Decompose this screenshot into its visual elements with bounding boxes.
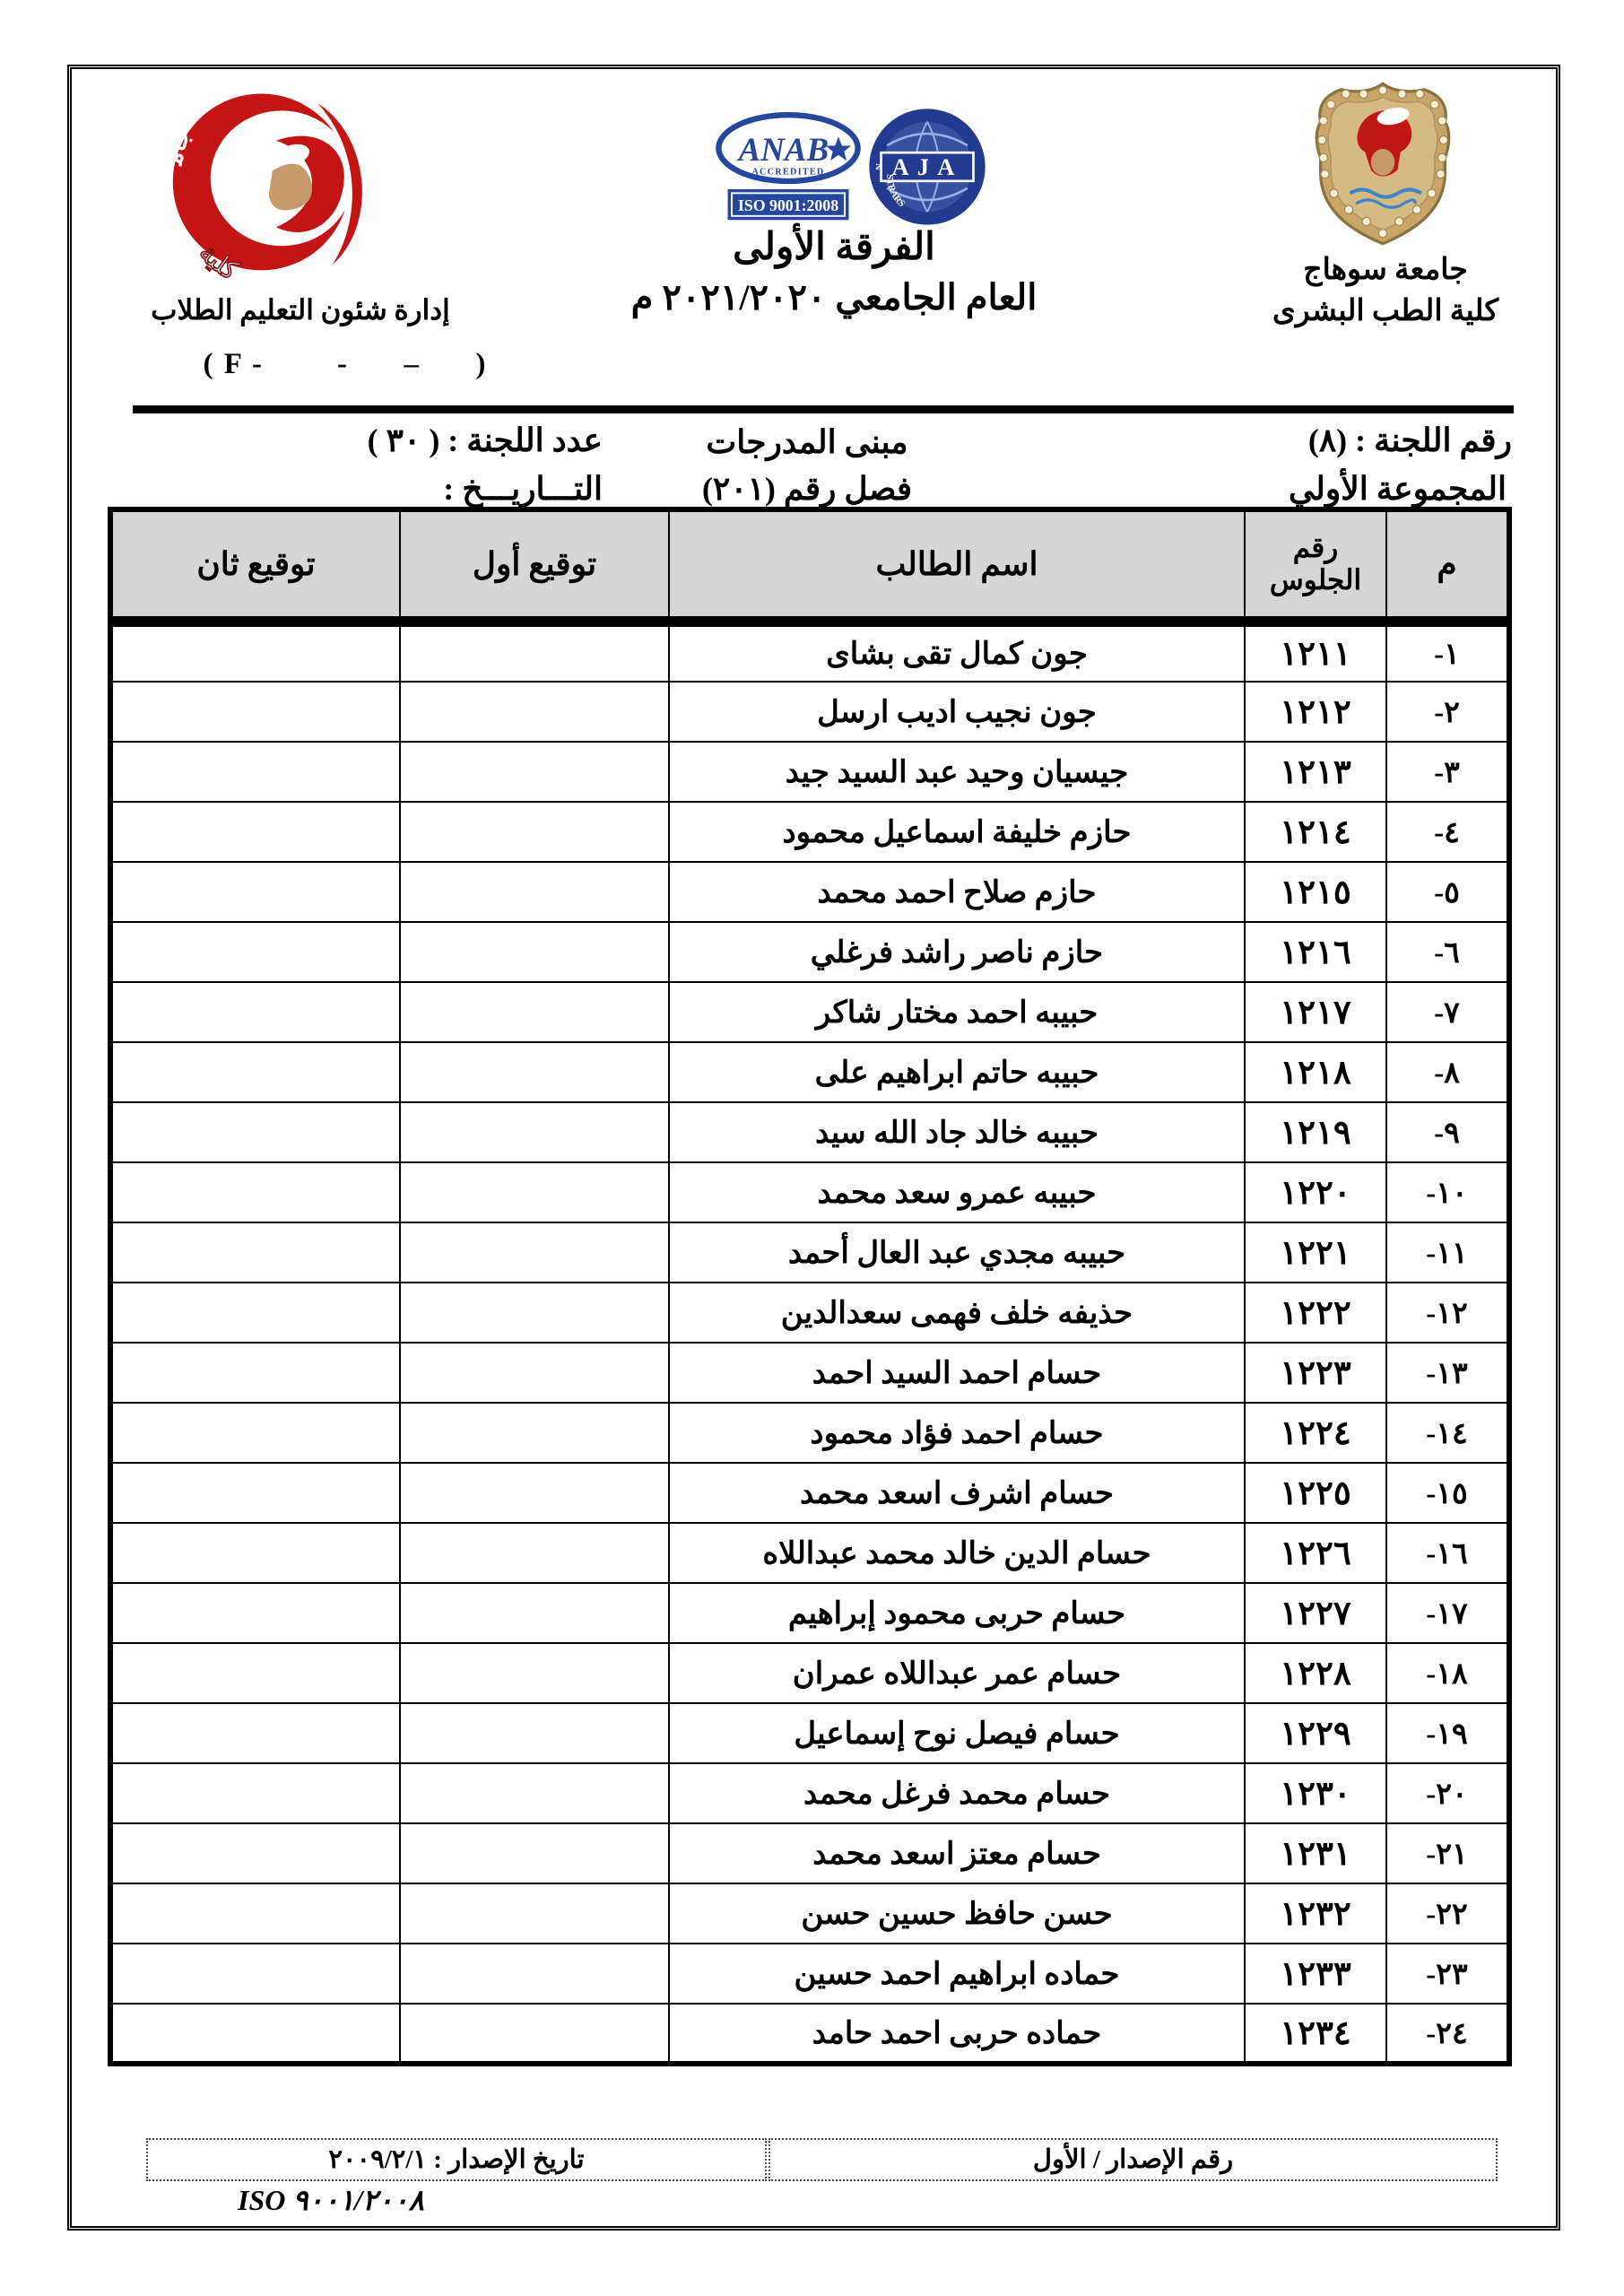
seat-number-cell: ١٢٢٣ xyxy=(1245,1343,1386,1403)
date-label: التـــاريـــخ : xyxy=(443,470,603,508)
first-signature-cell xyxy=(400,1403,669,1463)
first-signature-cell xyxy=(400,2004,669,2064)
anab-accredited-text: ACCREDITED xyxy=(751,167,824,177)
student-row: ١٩- ١٢٢٩ حسام فيصل نوح إسماعيل xyxy=(110,1703,1509,1763)
serial-cell: ١٨- xyxy=(1386,1643,1509,1703)
seat-number-cell: ١٢٢٧ xyxy=(1245,1583,1386,1643)
first-signature-cell xyxy=(400,862,669,922)
student-row: ٩- ١٢١٩ حبيبه خالد جاد الله سيد xyxy=(110,1102,1509,1162)
anab-wordmark: ANAB xyxy=(737,131,829,168)
seat-number-cell: ١٢١١ xyxy=(1245,622,1386,682)
student-name-cell: جيسيان وحيد عبد السيد جيد xyxy=(669,742,1245,802)
academic-year-title: العام الجامعي ٢٠٢١/٢٠٢٠ م xyxy=(556,276,1112,318)
student-row: ١- ١٢١١ جون كمال تقى بشاى xyxy=(110,622,1509,682)
faculty-name: كلية الطب البشرى xyxy=(1242,292,1529,328)
serial-cell: ٢٤- xyxy=(1386,2004,1509,2064)
second-signature-cell xyxy=(110,1283,400,1343)
student-row: ١٠- ١٢٢٠ حبيبه عمرو سعد محمد xyxy=(110,1162,1509,1222)
student-row: ١٢- ١٢٢٢ حذيفه خلف فهمى سعدالدين xyxy=(110,1283,1509,1343)
serial-cell: ٣- xyxy=(1386,742,1509,802)
first-signature-cell xyxy=(400,1102,669,1162)
serial-cell: ٧- xyxy=(1386,982,1509,1042)
student-name-cell: حماده حربى احمد حامد xyxy=(669,2004,1245,2064)
first-signature-cell xyxy=(400,1523,669,1583)
student-name-cell: حسام الدين خالد محمد عبداللاه xyxy=(669,1523,1245,1583)
serial-cell: ١- xyxy=(1386,622,1509,682)
seat-number-cell: ١٢١٧ xyxy=(1245,982,1386,1042)
serial-cell: ٢٣- xyxy=(1386,1944,1509,2004)
student-name-cell: حسن حافظ حسين حسن xyxy=(669,1883,1245,1944)
student-row: ١٤- ١٢٢٤ حسام احمد فؤاد محمود xyxy=(110,1403,1509,1463)
serial-cell: ١٣- xyxy=(1386,1343,1509,1403)
anab-accreditation-logo: ANAB ACCREDITED ISO 9001:2008 xyxy=(713,111,864,226)
student-row: ٢٠- ١٢٣٠ حسام محمد فرغل محمد xyxy=(110,1763,1509,1823)
form-code: ( F - - – ) xyxy=(148,348,543,381)
student-row: ٧- ١٢١٧ حبيبه احمد مختار شاكر xyxy=(110,982,1509,1042)
building-label: مبنى المدرجات xyxy=(695,423,919,461)
first-signature-cell xyxy=(400,1703,669,1763)
first-signature-cell xyxy=(400,1583,669,1643)
grade-title: الفرقة الأولى xyxy=(610,224,1058,269)
serial-cell: ٢- xyxy=(1386,682,1509,742)
seat-number-cell: ١٢١٢ xyxy=(1245,682,1386,742)
student-row: ٢٣- ١٢٣٣ حماده ابراهيم احمد حسين xyxy=(110,1944,1509,2004)
serial-cell: ١٤- xyxy=(1386,1403,1509,1463)
serial-cell: ٢١- xyxy=(1386,1823,1509,1883)
student-row: ١١- ١٢٢١ حبيبه مجدي عبد العال أحمد xyxy=(110,1222,1509,1283)
student-table-body: ١- ١٢١١ جون كمال تقى بشاى ٢- ١٢١٢ جون نج… xyxy=(110,622,1509,2064)
serial-cell: ٩- xyxy=(1386,1102,1509,1162)
student-name-cell: حسام احمد فؤاد محمود xyxy=(669,1403,1245,1463)
serial-cell: ١٠- xyxy=(1386,1162,1509,1222)
second-signature-cell xyxy=(110,802,400,862)
second-signature-cell xyxy=(110,862,400,922)
issue-date-box: تاريخ الإصدار : ٢٠٠٩/٢/١ xyxy=(146,2138,767,2181)
second-signature-cell xyxy=(110,742,400,802)
document-page: جامعة سوهاج كلية الطب إدارة شئون التعليم… xyxy=(0,0,1624,2296)
second-signature-cell xyxy=(110,1343,400,1403)
second-signature-cell xyxy=(110,922,400,982)
first-signature-cell xyxy=(400,622,669,682)
seat-header-line1: رقم xyxy=(1246,532,1385,564)
seat-number-cell: ١٢٣١ xyxy=(1245,1823,1386,1883)
second-signature-cell xyxy=(110,1463,400,1523)
serial-cell: ١٥- xyxy=(1386,1463,1509,1523)
first-signature-cell xyxy=(400,682,669,742)
second-signature-cell xyxy=(110,622,400,682)
serial-cell: ١١- xyxy=(1386,1222,1509,1283)
student-row: ١٧- ١٢٢٧ حسام حربى محمود إبراهيم xyxy=(110,1583,1509,1643)
faculty-crescent-logo: جامعة سوهاج كلية الطب xyxy=(142,84,411,282)
serial-cell: ١٦- xyxy=(1386,1523,1509,1583)
student-name-cell: حسام احمد السيد احمد xyxy=(669,1343,1245,1403)
second-signature-cell xyxy=(110,982,400,1042)
first-signature-cell xyxy=(400,1222,669,1283)
seat-number-cell: ١٢١٥ xyxy=(1245,862,1386,922)
first-signature-cell xyxy=(400,982,669,1042)
student-name-cell: حماده ابراهيم احمد حسين xyxy=(669,1944,1245,2004)
aja-wordmark: AJA xyxy=(891,153,962,180)
student-row: ١٥- ١٢٢٥ حسام اشرف اسعد محمد xyxy=(110,1463,1509,1523)
col-header-second-signature: توقيع ثان xyxy=(110,509,400,622)
seat-number-cell: ١٢١٤ xyxy=(1245,802,1386,862)
col-header-serial: م xyxy=(1386,509,1509,622)
first-signature-cell xyxy=(400,1042,669,1102)
student-name-cell: حذيفه خلف فهمى سعدالدين xyxy=(669,1283,1245,1343)
header-divider-rule xyxy=(133,405,1514,413)
second-signature-cell xyxy=(110,1102,400,1162)
second-signature-cell xyxy=(110,1523,400,1583)
student-row: ١٣- ١٢٢٣ حسام احمد السيد احمد xyxy=(110,1343,1509,1403)
seat-number-cell: ١٢٢٠ xyxy=(1245,1162,1386,1222)
student-roster-table: م رقم الجلوس اسم الطالب توقيع أول توقيع … xyxy=(108,507,1512,2066)
student-row: ٢٤- ١٢٣٤ حماده حربى احمد حامد xyxy=(110,2004,1509,2064)
first-signature-cell xyxy=(400,1944,669,2004)
serial-cell: ٦- xyxy=(1386,922,1509,982)
col-header-first-signature: توقيع أول xyxy=(400,509,669,622)
seat-number-cell: ١٢١٩ xyxy=(1245,1102,1386,1162)
student-name-cell: حازم ناصر راشد فرغلي xyxy=(669,922,1245,982)
serial-cell: ٨- xyxy=(1386,1042,1509,1102)
student-name-cell: حسام اشرف اسعد محمد xyxy=(669,1463,1245,1523)
student-row: ٣- ١٢١٣ جيسيان وحيد عبد السيد جيد xyxy=(110,742,1509,802)
first-signature-cell xyxy=(400,1823,669,1883)
second-signature-cell xyxy=(110,1042,400,1102)
student-name-cell: حسام فيصل نوح إسماعيل xyxy=(669,1703,1245,1763)
seat-number-cell: ١٢٣٣ xyxy=(1245,1944,1386,2004)
seat-number-cell: ١٢٢٦ xyxy=(1245,1523,1386,1583)
student-row: ٥- ١٢١٥ حازم صلاح احمد محمد xyxy=(110,862,1509,922)
seat-number-cell: ١٢٣٢ xyxy=(1245,1883,1386,1944)
serial-cell: ٢٢- xyxy=(1386,1883,1509,1944)
student-row: ١٨- ١٢٢٨ حسام عمر عبداللاه عمران xyxy=(110,1643,1509,1703)
student-row: ١٦- ١٢٢٦ حسام الدين خالد محمد عبداللاه xyxy=(110,1523,1509,1583)
student-row: ٦- ١٢١٦ حازم ناصر راشد فرغلي xyxy=(110,922,1509,982)
second-signature-cell xyxy=(110,2004,400,2064)
second-signature-cell xyxy=(110,1883,400,1944)
first-signature-cell xyxy=(400,742,669,802)
student-name-cell: حسام محمد فرغل محمد xyxy=(669,1763,1245,1823)
student-name-cell: حبيبه حاتم ابراهيم على xyxy=(669,1042,1245,1102)
committee-number-label: رقم اللجنة : (٨) xyxy=(1308,422,1512,459)
second-signature-cell xyxy=(110,682,400,742)
student-row: ٨- ١٢١٨ حبيبه حاتم ابراهيم على xyxy=(110,1042,1509,1102)
student-name-cell: حازم خليفة اسماعيل محمود xyxy=(669,802,1245,862)
issue-number-box: رقم الإصدار / الأول xyxy=(769,2138,1498,2181)
serial-cell: ٤- xyxy=(1386,802,1509,862)
seat-number-cell: ١٢٣٤ xyxy=(1245,2004,1386,2064)
room-number-label: فصل رقم (٢٠١) xyxy=(695,470,919,508)
department-label: إدارة شئون التعليم الطلاب xyxy=(108,294,493,326)
committee-count-label: عدد اللجنة : ( ٣٠ ) xyxy=(368,422,603,459)
seat-number-cell: ١٢٢٥ xyxy=(1245,1463,1386,1523)
second-signature-cell xyxy=(110,1763,400,1823)
student-row: ٤- ١٢١٤ حازم خليفة اسماعيل محمود xyxy=(110,802,1509,862)
student-name-cell: حبيبه احمد مختار شاكر xyxy=(669,982,1245,1042)
first-signature-cell xyxy=(400,1883,669,1944)
table-header-row: م رقم الجلوس اسم الطالب توقيع أول توقيع … xyxy=(110,509,1509,622)
second-signature-cell xyxy=(110,1222,400,1283)
first-signature-cell xyxy=(400,922,669,982)
second-signature-cell xyxy=(110,1403,400,1463)
seat-number-cell: ١٢٢٢ xyxy=(1245,1283,1386,1343)
first-signature-cell xyxy=(400,802,669,862)
aja-registrars-logo: ANGLO JAPANESE AMERICAN AJA REGISTRARS xyxy=(868,108,986,226)
col-header-student-name: اسم الطالب xyxy=(669,509,1245,622)
second-signature-cell xyxy=(110,1703,400,1763)
student-name-cell: حسام معتز اسعد محمد xyxy=(669,1823,1245,1883)
student-row: ٢١- ١٢٣١ حسام معتز اسعد محمد xyxy=(110,1823,1509,1883)
seat-number-cell: ١٢٢٨ xyxy=(1245,1643,1386,1703)
second-signature-cell xyxy=(110,1823,400,1883)
student-name-cell: حبيبه مجدي عبد العال أحمد xyxy=(669,1222,1245,1283)
iso-badge-text: ISO 9001:2008 xyxy=(738,196,838,214)
serial-cell: ١٩- xyxy=(1386,1703,1509,1763)
first-signature-cell xyxy=(400,1463,669,1523)
serial-cell: ١٧- xyxy=(1386,1583,1509,1643)
first-signature-cell xyxy=(400,1343,669,1403)
student-name-cell: حبيبه خالد جاد الله سيد xyxy=(669,1102,1245,1162)
seat-number-cell: ١٢٣٠ xyxy=(1245,1763,1386,1823)
student-row: ٢٢- ١٢٣٢ حسن حافظ حسين حسن xyxy=(110,1883,1509,1944)
student-name-cell: جون كمال تقى بشاى xyxy=(669,622,1245,682)
student-row: ٢- ١٢١٢ جون نجيب اديب ارسل xyxy=(110,682,1509,742)
first-signature-cell xyxy=(400,1283,669,1343)
seat-number-cell: ١٢١٣ xyxy=(1245,742,1386,802)
seat-number-cell: ١٢٢١ xyxy=(1245,1222,1386,1283)
student-name-cell: حبيبه عمرو سعد محمد xyxy=(669,1162,1245,1222)
student-name-cell: حسام عمر عبداللاه عمران xyxy=(669,1643,1245,1703)
seat-number-cell: ١٢٢٤ xyxy=(1245,1403,1386,1463)
second-signature-cell xyxy=(110,1162,400,1222)
second-signature-cell xyxy=(110,1643,400,1703)
student-name-cell: حسام حربى محمود إبراهيم xyxy=(669,1583,1245,1643)
seat-number-cell: ١٢١٨ xyxy=(1245,1042,1386,1102)
seat-number-cell: ١٢١٦ xyxy=(1245,922,1386,982)
serial-cell: ١٢- xyxy=(1386,1283,1509,1343)
first-signature-cell xyxy=(400,1162,669,1222)
second-signature-cell xyxy=(110,1944,400,2004)
serial-cell: ٢٠- xyxy=(1386,1763,1509,1823)
student-name-cell: جون نجيب اديب ارسل xyxy=(669,682,1245,742)
iso-note: ISO ٩٠٠١/٢٠٠٨ xyxy=(238,2183,424,2217)
second-signature-cell xyxy=(110,1583,400,1643)
university-name: جامعة سوهاج xyxy=(1251,251,1520,287)
student-name-cell: حازم صلاح احمد محمد xyxy=(669,862,1245,922)
seat-header-line2: الجلوس xyxy=(1246,564,1385,596)
col-header-seat-number: رقم الجلوس xyxy=(1245,509,1386,622)
group-label: المجموعة الأولي xyxy=(1289,470,1507,508)
first-signature-cell xyxy=(400,1643,669,1703)
first-signature-cell xyxy=(400,1763,669,1823)
serial-cell: ٥- xyxy=(1386,862,1509,922)
university-shield-logo xyxy=(1284,81,1481,247)
seat-number-cell: ١٢٢٩ xyxy=(1245,1703,1386,1763)
